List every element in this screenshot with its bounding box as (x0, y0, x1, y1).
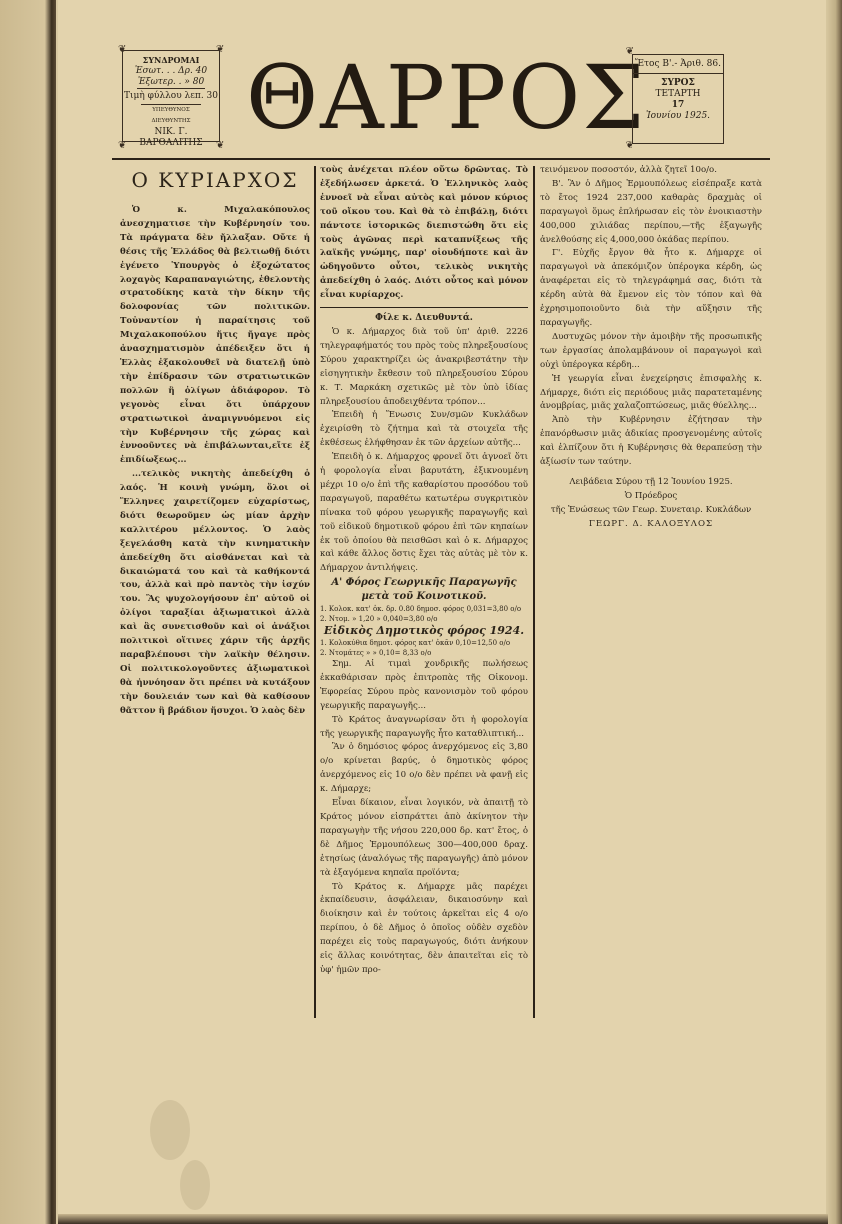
letter-paragraph: Ἀπὸ τὴν Κυβέρνησιν ἐζήτησαν τὴν ἐπανόρθω… (540, 414, 762, 470)
table2-row: 2. Ντομάτες » » 0,10= 8,33 ο/ο (320, 648, 528, 658)
issue-info-box: Ἔτος Β'.- Ἀριθ. 86. ΣΥΡΟΣ ΤΕΤΑΡΤΗ 17 Ἰου… (632, 54, 724, 144)
director-label: ΥΠΕΥΘΥΝΟΣ ΔΙΕΥΘΥΝΤΗΣ (141, 104, 201, 127)
issue-month-year: Ἰουνίου 1925. (633, 111, 723, 122)
article-paragraph: ...τελικὸς νικητὴς ἀπεδείχθη ὁ λαός. Ἡ κ… (120, 468, 310, 718)
table1-row: 2. Ντομ. » 1,20 » 0,040=3,80 ο/ο (320, 614, 528, 624)
letter-paragraph: Ἐπειδὴ ὁ κ. Δήμαρχος φρονεῖ ὅτι ἀγνοεῖ ὅ… (320, 451, 528, 576)
issue-year-number: Ἔτος Β'.- Ἀριθ. 86. (633, 59, 723, 74)
binding-strip (0, 0, 56, 1224)
page-edge (826, 0, 842, 1224)
letter-paragraph: Τὸ Κράτος κ. Δήμαρχε μᾶς παρέχει ἐκπαίδε… (320, 881, 528, 978)
letter-paragraph: Σημ. Αἱ τιμαὶ χονδρικῆς πωλήσεως ἐκκαθάρ… (320, 658, 528, 714)
single-issue-price: Τιμὴ φύλλου λεπ. 30 (123, 91, 219, 102)
paper-stain (180, 1160, 210, 1210)
director-name: ΝΙΚ. Γ. ΒΑΡΘΑΛΙΤΗΣ (123, 127, 219, 149)
column-divider (533, 166, 535, 1018)
signature-org: τῆς Ἑνώσεως τῶν Γεωρ. Συνεταιρ. Κυκλάδων (540, 504, 762, 518)
column-2: τοὺς ἀνέχεται πλέον οὕτω δρῶντας. Τὸ ἐξε… (320, 164, 528, 978)
letter-paragraph: Δυστυχῶς μόνον τὴν ἀμοιβὴν τῆς προσωπικῆ… (540, 331, 762, 373)
newspaper-title: ΘΑΡΡΟΣ (246, 46, 616, 150)
table1-title: Α' Φόρος Γεωργικῆς Παραγωγῆς (320, 576, 528, 590)
letter-paragraph: τεινόμενον ποσοστόν, ἀλλὰ ζητεῖ 10ο/ο. (540, 164, 762, 178)
page-bottom-edge (58, 1214, 828, 1224)
issue-place: ΣΥΡΟΣ (633, 78, 723, 89)
letter-paragraph: Ἐπειδὴ ἡ Ἕνωσις Συν/σμῶν Κυκλάδων ἐχειρί… (320, 409, 528, 451)
table2-row: 1. Κολοκύθια δημοτ. φόρος κατ' ὀκᾶν 0,10… (320, 638, 528, 648)
date-line: Λειβάδεια Σύρου τῇ 12 Ἰουνίου 1925. (540, 476, 762, 490)
section-rule (320, 307, 528, 308)
letter-paragraph: Τὸ Κράτος ἀναγνωρίσαν ὅτι ἡ φορολογία τῆ… (320, 714, 528, 742)
issue-day: 17 (633, 100, 723, 111)
letter-paragraph: Β'. Ἂν ὁ Δῆμος Ἑρμουπόλεως εἰσέπραξε κατ… (540, 178, 762, 248)
subscriptions-heading: ΣΥΝΔΡΟΜΑΙ (123, 55, 219, 66)
letter-paragraph: Γ'. Εὐχῆς ἔργον θὰ ἦτο κ. Δήμαρχε οἱ παρ… (540, 247, 762, 330)
column-1: Ο ΚΥΡΙΑΡΧΟΣ Ὁ κ. Μιχαλακόπουλος ἀνεσχημα… (120, 164, 310, 719)
article-continuation: τοὺς ἀνέχεται πλέον οὕτω δρῶντας. Τὸ ἐξε… (320, 164, 528, 303)
subscription-abroad: Ἐξωτερ. . » 80 (137, 77, 205, 89)
signature-name: ΓΕΩΡΓ. Δ. ΚΑΛΟΞΥΛΟΣ (540, 518, 762, 532)
masthead: ❦ ❦ ❦ ❦ ΣΥΝΔΡΟΜΑΙ Ἐσωτ. . . Δρ. 40 Ἐξωτε… (118, 44, 728, 156)
signature-title: Ὁ Πρόεδρος (540, 490, 762, 504)
table1-subtitle: μετὰ τοῦ Κοινοτικοῦ. (320, 590, 528, 604)
article-headline: Ο ΚΥΡΙΑΡΧΟΣ (120, 166, 310, 194)
column-divider (314, 166, 316, 1018)
letter-paragraph: Ἡ γεωργία εἶναι ἐνεχείρησις ἐπισφαλὴς κ.… (540, 373, 762, 415)
letter-paragraph: Ἂν ὁ δημόσιος φόρος ἀνερχόμενος εἰς 3,80… (320, 741, 528, 797)
table2-title: Εἰδικὸς Δημοτικὸς φόρος 1924. (320, 624, 528, 638)
letter-heading: Φίλε κ. Διευθυντά. (320, 312, 528, 326)
column-3: τεινόμενον ποσοστόν, ἀλλὰ ζητεῖ 10ο/ο. Β… (540, 164, 762, 532)
issue-weekday: ΤΕΤΑΡΤΗ (633, 89, 723, 100)
table1-row: 1. Κολοκ. κατ' ὀκ. δρ. 0.80 δημοσ. φόρος… (320, 604, 528, 614)
article-paragraph: Ὁ κ. Μιχαλακόπουλος ἀνεσχηματισε τὴν Κυβ… (120, 204, 310, 468)
subscription-domestic: Ἐσωτ. . . Δρ. 40 (123, 66, 219, 77)
paper-stain (150, 1100, 190, 1160)
letter-paragraph: Ὁ κ. Δήμαρχος διὰ τοῦ ὑπ' ἀριθ. 2226 τηλ… (320, 326, 528, 409)
subscription-box: ΣΥΝΔΡΟΜΑΙ Ἐσωτ. . . Δρ. 40 Ἐξωτερ. . » 8… (122, 50, 220, 142)
letter-paragraph: Εἶναι δίκαιον, εἶναι λογικόν, νὰ ἀπαιτῇ … (320, 797, 528, 880)
masthead-rule (112, 158, 770, 160)
